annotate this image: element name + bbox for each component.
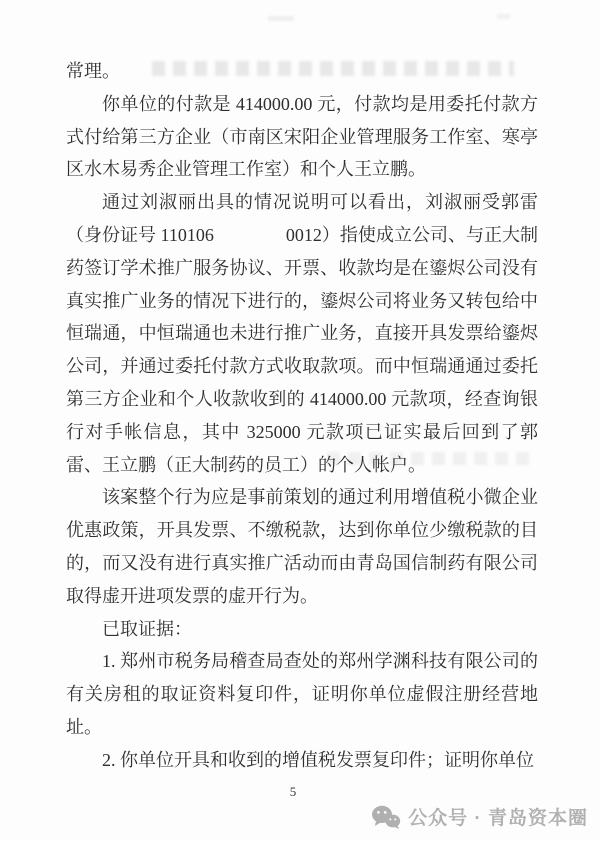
paragraph: 1. 郑州市税务局稽查局查处的郑州学渊科技有限公司的有关房租的取证资料复印件，证… (66, 645, 538, 743)
text-block: 常理。你单位的付款是 414000.00 元，付款均是用委托付款方式付给第三方企… (66, 55, 538, 777)
document-page: 常理。你单位的付款是 414000.00 元，付款均是用委托付款方式付给第三方企… (0, 0, 600, 841)
watermark: 公众号 · 青岛资本圈 (371, 803, 588, 830)
paragraph: 2. 你单位开具和收到的增值税发票复印件；证明你单位 (66, 744, 538, 777)
paragraph: 通过刘淑丽出具的情况说明可以看出，刘淑丽受郭雷（身份证号 110106 0012… (66, 186, 538, 481)
watermark-label: 公众号 · 青岛资本圈 (408, 803, 588, 830)
scan-speck (497, 14, 510, 19)
page-number: 5 (0, 784, 586, 800)
paragraph: 你单位的付款是 414000.00 元，付款均是用委托付款方式付给第三方企业（市… (66, 88, 538, 186)
paragraph: 已取证据： (66, 613, 538, 646)
paragraph: 该案整个行为应是事前策划的通过利用增值税小微企业优惠政策，开具发票、不缴税款，达… (66, 481, 538, 612)
paragraph: 常理。 (66, 55, 538, 88)
scan-speck (268, 16, 294, 21)
wechat-icon (371, 805, 401, 829)
